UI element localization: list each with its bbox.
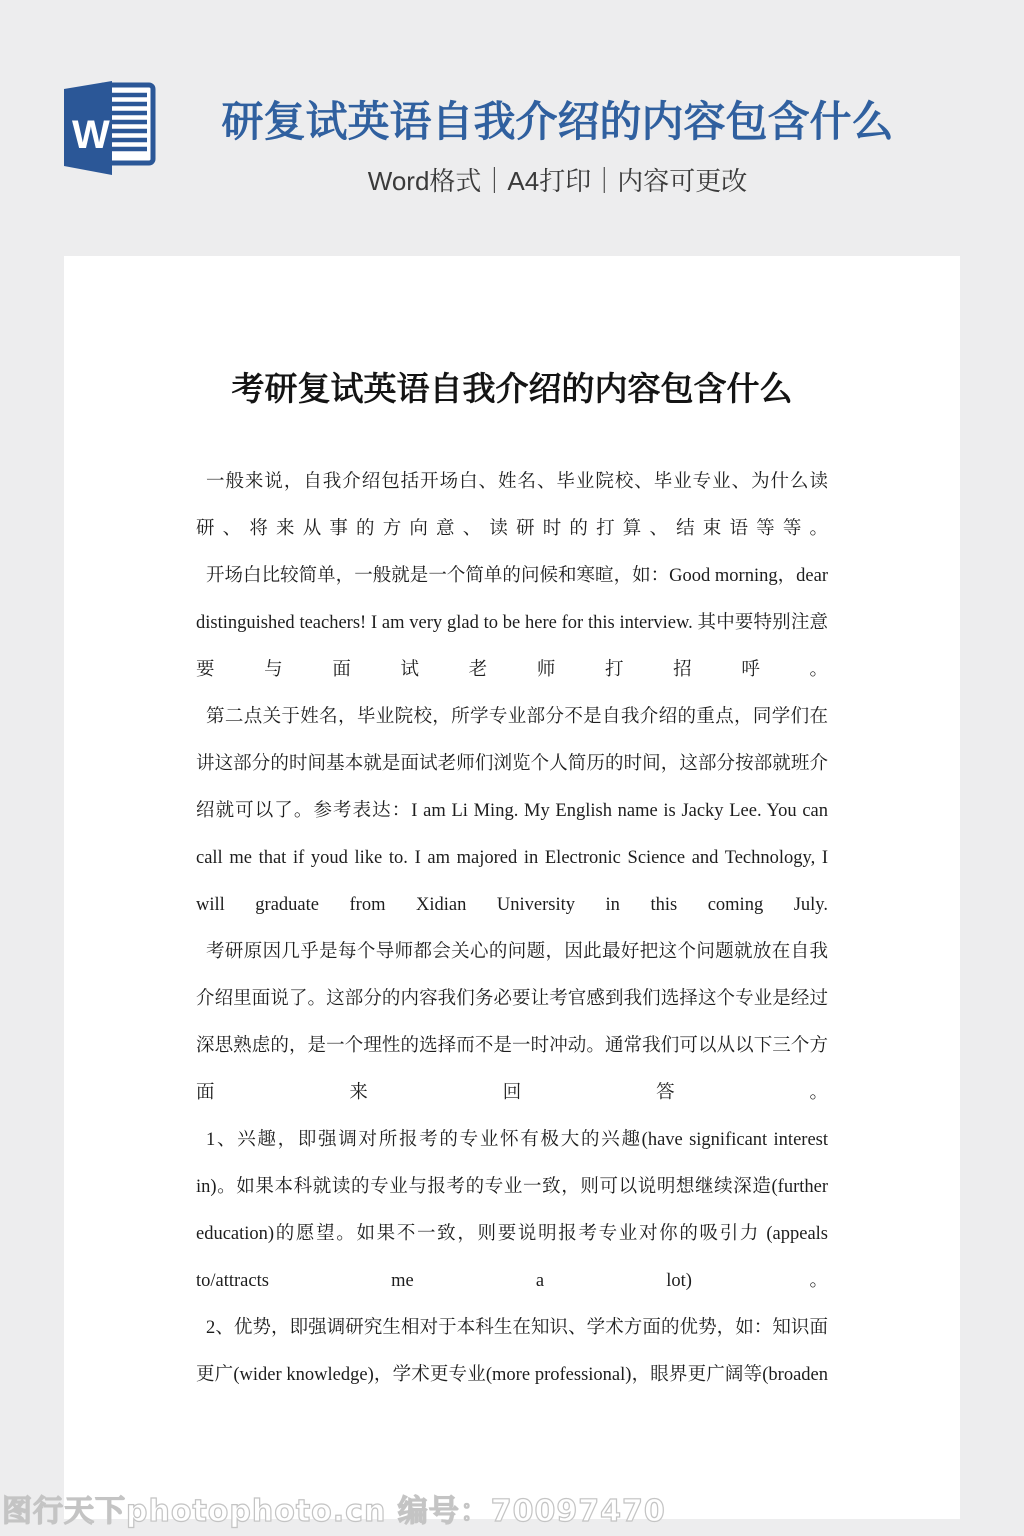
document-page: 考研复试英语自我介绍的内容包含什么 一般来说，自我介绍包括开场白、姓名、毕业院校…: [64, 256, 960, 1519]
word-file-icon: W: [64, 80, 156, 176]
paragraph-5: 1、兴趣，即强调对所报考的专业怀有极大的兴趣(have significant …: [196, 1117, 828, 1305]
template-preview: W 研复试英语自我介绍的内容包含什么 Word格式｜A4打印｜内容可更改 考研复…: [0, 0, 1024, 1536]
paragraph-4: 考研原因几乎是每个导师都会关心的问题，因此最好把这个问题就放在自我介绍里面说了。…: [196, 929, 828, 1117]
paragraph-3: 第二点关于姓名，毕业院校，所学专业部分不是自我介绍的重点，同学们在讲这部分的时间…: [196, 694, 828, 929]
header-text-block: 研复试英语自我介绍的内容包含什么 Word格式｜A4打印｜内容可更改: [190, 97, 925, 198]
header-subtitle: Word格式｜A4打印｜内容可更改: [190, 161, 925, 198]
word-icon-text-lines: [109, 95, 147, 149]
paragraph-1: 一般来说，自我介绍包括开场白、姓名、毕业院校、毕业专业、为什么读研、将来从事的方…: [196, 459, 828, 553]
header-title: 研复试英语自我介绍的内容包含什么: [190, 97, 925, 147]
document-body: 一般来说，自我介绍包括开场白、姓名、毕业院校、毕业专业、为什么读研、将来从事的方…: [196, 459, 828, 1399]
paragraph-6: 2、优势，即强调研究生相对于本科生在知识、学术方面的优势，如：知识面更广(wid…: [196, 1305, 828, 1399]
document-title: 考研复试英语自我介绍的内容包含什么: [196, 368, 828, 412]
site-watermark: 图行天下photophoto.cn 编号：70097470: [2, 1486, 666, 1530]
word-icon-letter: W: [72, 113, 110, 157]
paragraph-2: 开场白比较简单，一般就是一个简单的问候和寒暄，如：Good morning，de…: [196, 553, 828, 694]
header: W 研复试英语自我介绍的内容包含什么 Word格式｜A4打印｜内容可更改: [0, 0, 1024, 256]
